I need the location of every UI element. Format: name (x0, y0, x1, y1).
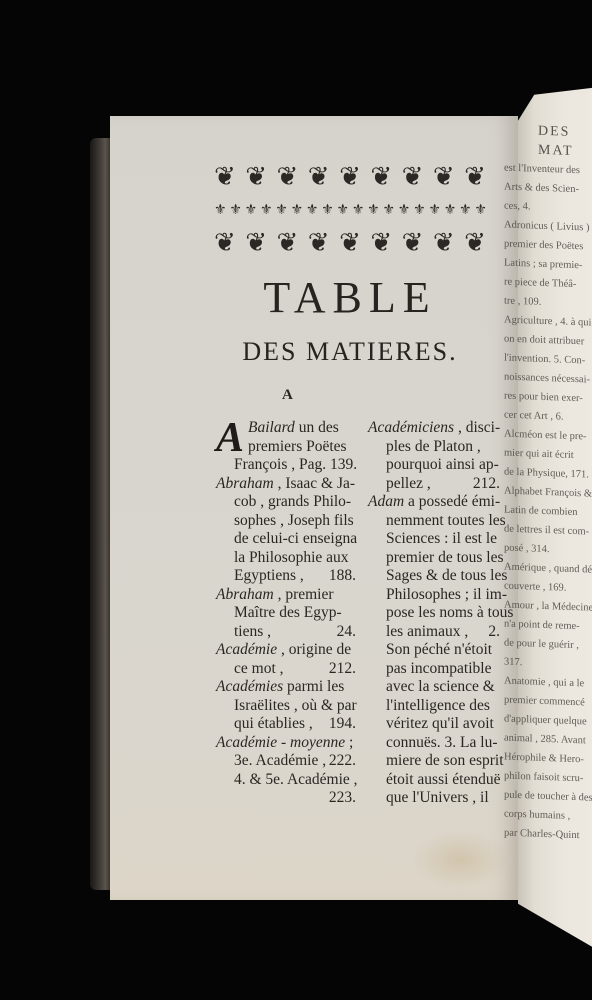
fleuron-icon: ⚜ (428, 203, 440, 217)
index-line: Sages & de tous les (368, 567, 500, 586)
index-entry-term: Bailard (248, 419, 295, 436)
index-entry-text: connuës. 3. La lu- (386, 734, 497, 753)
index-entry-text: pellez , (386, 475, 431, 494)
index-entry-text: Israëlites , où & par (234, 697, 357, 716)
index-entry-text: 4. & 5e. Académie , (234, 771, 358, 790)
fleuron-icon: ⚜ (367, 203, 379, 217)
index-line: les animaux ,2. (368, 623, 500, 642)
index-entry-text: Philosophes ; il im- (386, 586, 507, 605)
fleuron-icon: ❦ (339, 164, 361, 190)
index-line: pourquoi ainsi ap- (368, 456, 500, 475)
fleuron-icon: ⚜ (337, 203, 349, 217)
index-entry-term: Académies (216, 678, 283, 695)
index-line: 4. & 5e. Académie , (216, 771, 356, 790)
fleuron-icon: ⚜ (229, 203, 241, 217)
fleuron-icon: ⚜ (382, 203, 394, 217)
index-line: sophes , Joseph fils (216, 512, 356, 531)
index-entry-text: Abraham , Isaac & Ja- (216, 475, 355, 494)
index-entry-text: qui établies , (234, 715, 313, 734)
index-line: pas incompatible (368, 660, 500, 679)
next-page-line: par Charles-Quint (500, 823, 592, 843)
index-entry-text: avec la science & (386, 678, 495, 697)
index-entry-text: Sages & de tous les (386, 567, 507, 586)
index-line: connuës. 3. La lu- (368, 734, 500, 753)
index-entry-text: Adam a possedé émi- (368, 493, 500, 512)
index-entry-text: nemment toutes les (386, 512, 506, 531)
page-number: 223. (329, 789, 356, 808)
index-line: Abraham , premier (216, 586, 356, 605)
next-page-header: DES MAT (538, 122, 592, 162)
index-line: Son péché n'étoit (368, 641, 500, 660)
fleuron-icon: ⚜ (352, 203, 364, 217)
index-entry-text: François , Pag. 139. (234, 456, 357, 475)
fleuron-icon: ❦ (214, 230, 236, 256)
index-line: cob , grands Philo- (216, 493, 356, 512)
index-line: ce mot ,212. (216, 660, 356, 679)
index-line: Académiciens , disci- (368, 419, 500, 438)
index-entry-text: miere de son esprit (386, 752, 504, 771)
index-entry-text: Académie , origine de (216, 641, 351, 660)
index-entry-text: sophes , Joseph fils (234, 512, 354, 531)
index-line: François , Pag. 139. (216, 456, 356, 475)
ornament-row-bottom: ❦❦❦❦❦❦❦❦❦ (214, 230, 486, 256)
fleuron-icon: ⚜ (275, 203, 287, 217)
index-line: avec la science & (368, 678, 500, 697)
right-column-lines: Académiciens , disci-ples de Platon ,pou… (368, 419, 500, 808)
page-number: 194. (329, 715, 356, 734)
index-entry-text: l'intelligence des (386, 697, 490, 716)
index-entry-text: pas incompatible (386, 660, 491, 679)
index-entry-term: Académie (216, 641, 277, 658)
fleuron-icon: ⚜ (459, 203, 471, 217)
fleuron-icon: ❦ (402, 164, 424, 190)
index-entry-text: ples de Platon , (386, 438, 481, 457)
index-entry-text: Abraham , premier (216, 586, 334, 605)
index-line: premier de tous les (368, 549, 500, 568)
fleuron-icon: ⚜ (291, 203, 303, 217)
index-line: qui établies ,194. (216, 715, 356, 734)
index-entry-text: la Philosophie aux (234, 549, 349, 568)
fleuron-icon: ❦ (433, 164, 455, 190)
index-entry-term: Académiciens (368, 419, 454, 436)
fleuron-icon: ❦ (245, 164, 267, 190)
index-line: l'intelligence des (368, 697, 500, 716)
fleuron-icon: ⚜ (398, 203, 410, 217)
index-line: étoit aussi étenduë (368, 771, 500, 790)
index-entry-text: 3e. Académie , (234, 752, 326, 771)
index-line: nemment toutes les (368, 512, 500, 531)
index-entry-text: Académie - moyenne ; (216, 734, 353, 753)
ornament-row-top: ❦❦❦❦❦❦❦❦❦ (214, 164, 486, 190)
next-page-lines: est l'Inventeur desArts & des Scien-ces,… (500, 158, 592, 843)
index-line: Académie , origine de (216, 641, 356, 660)
index-entry-text: pose les noms à tous (386, 604, 513, 623)
index-column-left: A Bailard un despremiers PoëtesFrançois … (216, 419, 356, 808)
index-line: Maître des Egyp- (216, 604, 356, 623)
index-entry-text: que l'Univers , il (386, 789, 489, 808)
index-entry-text: ce mot , (234, 660, 284, 679)
index-line: ples de Platon , (368, 438, 500, 457)
page-number: 2. (488, 623, 500, 642)
decorative-headpiece: ❦❦❦❦❦❦❦❦❦ ⚜⚜⚜⚜⚜⚜⚜⚜⚜⚜⚜⚜⚜⚜⚜⚜⚜⚜ ❦❦❦❦❦❦❦❦❦ (214, 162, 486, 258)
index-line: 3e. Académie ,222. (216, 752, 356, 771)
index-entry-text: cob , grands Philo- (234, 493, 351, 512)
index-line: miere de son esprit (368, 752, 500, 771)
index-column-right: Académiciens , disci-ples de Platon ,pou… (368, 419, 500, 808)
index-line: de celui-ci enseigna (216, 530, 356, 549)
index-line: pose les noms à tous (368, 604, 500, 623)
fleuron-icon: ❦ (308, 164, 330, 190)
fleuron-icon: ❦ (433, 230, 455, 256)
fleuron-icon: ❦ (464, 164, 486, 190)
index-line: pellez ,212. (368, 475, 500, 494)
fleuron-icon: ⚜ (474, 203, 486, 217)
fleuron-icon: ⚜ (413, 203, 425, 217)
fleuron-icon: ⚜ (306, 203, 318, 217)
index-entry-text: premiers Poëtes (248, 438, 347, 457)
index-line: Israëlites , où & par (216, 697, 356, 716)
index-line: véritez qu'il avoit (368, 715, 500, 734)
page-number: 188. (329, 567, 356, 586)
index-entry-text: Maître des Egyp- (234, 604, 342, 623)
fleuron-icon: ❦ (339, 230, 361, 256)
index-line: tiens ,24. (216, 623, 356, 642)
index-entry-text: Académiciens , disci- (368, 419, 500, 438)
index-entry-text: pourquoi ainsi ap- (386, 456, 499, 475)
page-number: 212. (329, 660, 356, 679)
fleuron-icon: ❦ (464, 230, 486, 256)
fleuron-icon: ❦ (308, 230, 330, 256)
page-number: 212. (473, 475, 500, 494)
fleuron-icon: ⚜ (444, 203, 456, 217)
section-letter: A (282, 387, 293, 404)
index-entry-text: tiens , (234, 623, 271, 642)
index-line: que l'Univers , il (368, 789, 500, 808)
index-line: Académies parmi les (216, 678, 356, 697)
index-line: la Philosophie aux (216, 549, 356, 568)
index-entry-term: Abraham (216, 586, 274, 603)
left-column-lines: Bailard un despremiers PoëtesFrançois , … (216, 419, 356, 808)
index-line: Adam a possedé émi- (368, 493, 500, 512)
page-subtitle: DES MATIERES. (200, 337, 500, 367)
fleuron-icon: ⚜ (260, 203, 272, 217)
index-line: Abraham , Isaac & Ja- (216, 475, 356, 494)
fleuron-icon: ❦ (277, 230, 299, 256)
book-spine-edge (90, 138, 112, 890)
fleuron-icon: ❦ (214, 164, 236, 190)
index-entry-text: de celui-ci enseigna (234, 530, 357, 549)
index-line: 223. (216, 789, 356, 808)
index-entry-text: véritez qu'il avoit (386, 715, 494, 734)
index-entry-term: Académie - moyenne (216, 734, 345, 751)
fleuron-icon: ❦ (402, 230, 424, 256)
next-page-partial-text: DES MAT est l'Inventeur desArts & des Sc… (500, 120, 592, 843)
index-entry-text: premier de tous les (386, 549, 504, 568)
index-entry-text: Son péché n'étoit (386, 641, 492, 660)
fleuron-icon: ❦ (245, 230, 267, 256)
index-line: premiers Poëtes (248, 438, 356, 457)
page-number: 24. (337, 623, 356, 642)
fleuron-icon: ⚜ (214, 203, 226, 217)
index-line: Bailard un des (248, 419, 356, 438)
index-line: Sciences : il est le (368, 530, 500, 549)
index-entry-text: les animaux , (386, 623, 468, 642)
index-entry-term: Adam (368, 493, 404, 510)
fleuron-icon: ❦ (370, 230, 392, 256)
fleuron-icon: ❦ (370, 164, 392, 190)
index-line: Egyptiens ,188. (216, 567, 356, 586)
page-title: TABLE (200, 272, 500, 323)
fleuron-icon: ⚜ (321, 203, 333, 217)
fleuron-icon: ❦ (277, 164, 299, 190)
index-entry-term: Abraham (216, 475, 274, 492)
index-line: Philosophes ; il im- (368, 586, 500, 605)
index-entry-text: Egyptiens , (234, 567, 304, 586)
drop-cap: A (216, 421, 244, 455)
index-entry-text: étoit aussi étenduë (386, 771, 501, 790)
index-line: Académie - moyenne ; (216, 734, 356, 753)
fleuron-icon: ⚜ (245, 203, 257, 217)
index-entry-text: Bailard un des (248, 419, 339, 438)
ornament-row-middle: ⚜⚜⚜⚜⚜⚜⚜⚜⚜⚜⚜⚜⚜⚜⚜⚜⚜⚜ (214, 203, 486, 217)
index-entry-text: Sciences : il est le (386, 530, 497, 549)
page-number: 222. (329, 752, 356, 771)
index-entry-text: Académies parmi les (216, 678, 344, 697)
page-stain (410, 830, 510, 890)
